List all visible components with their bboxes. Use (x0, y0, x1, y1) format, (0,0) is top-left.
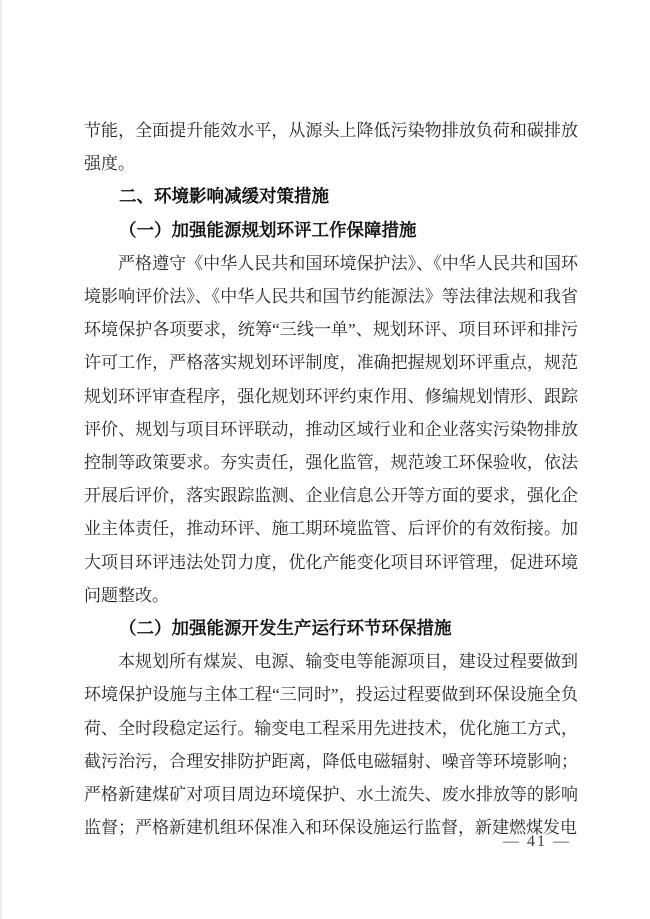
paragraph-2: 本规划所有煤炭、电源、输变电等能源项目，建设过程要做到环境保护设施与主体工程“三… (84, 645, 578, 844)
subsection-heading-1: （一）加强能源规划环评工作保障措施 (84, 214, 578, 247)
paragraph-continuation: 节能，全面提升能效水平，从源头上降低污染物排放负荷和碳排放强度。 (84, 114, 578, 180)
scan-edge-artifact (0, 0, 2, 919)
section-heading: 二、环境影响减缓对策措施 (84, 180, 578, 213)
subsection-heading-2: （二）加强能源开发生产运行环节环保措施 (84, 612, 578, 645)
document-page: 节能，全面提升能效水平，从源头上降低污染物排放负荷和碳排放强度。 二、环境影响减… (0, 0, 650, 919)
paragraph-1: 严格遵守《中华人民共和国环境保护法》、《中华人民共和国环境影响评价法》、《中华人… (84, 247, 578, 612)
page-number: — 41 — (503, 832, 571, 852)
page-content: 节能，全面提升能效水平，从源头上降低污染物排放负荷和碳排放强度。 二、环境影响减… (84, 114, 578, 844)
